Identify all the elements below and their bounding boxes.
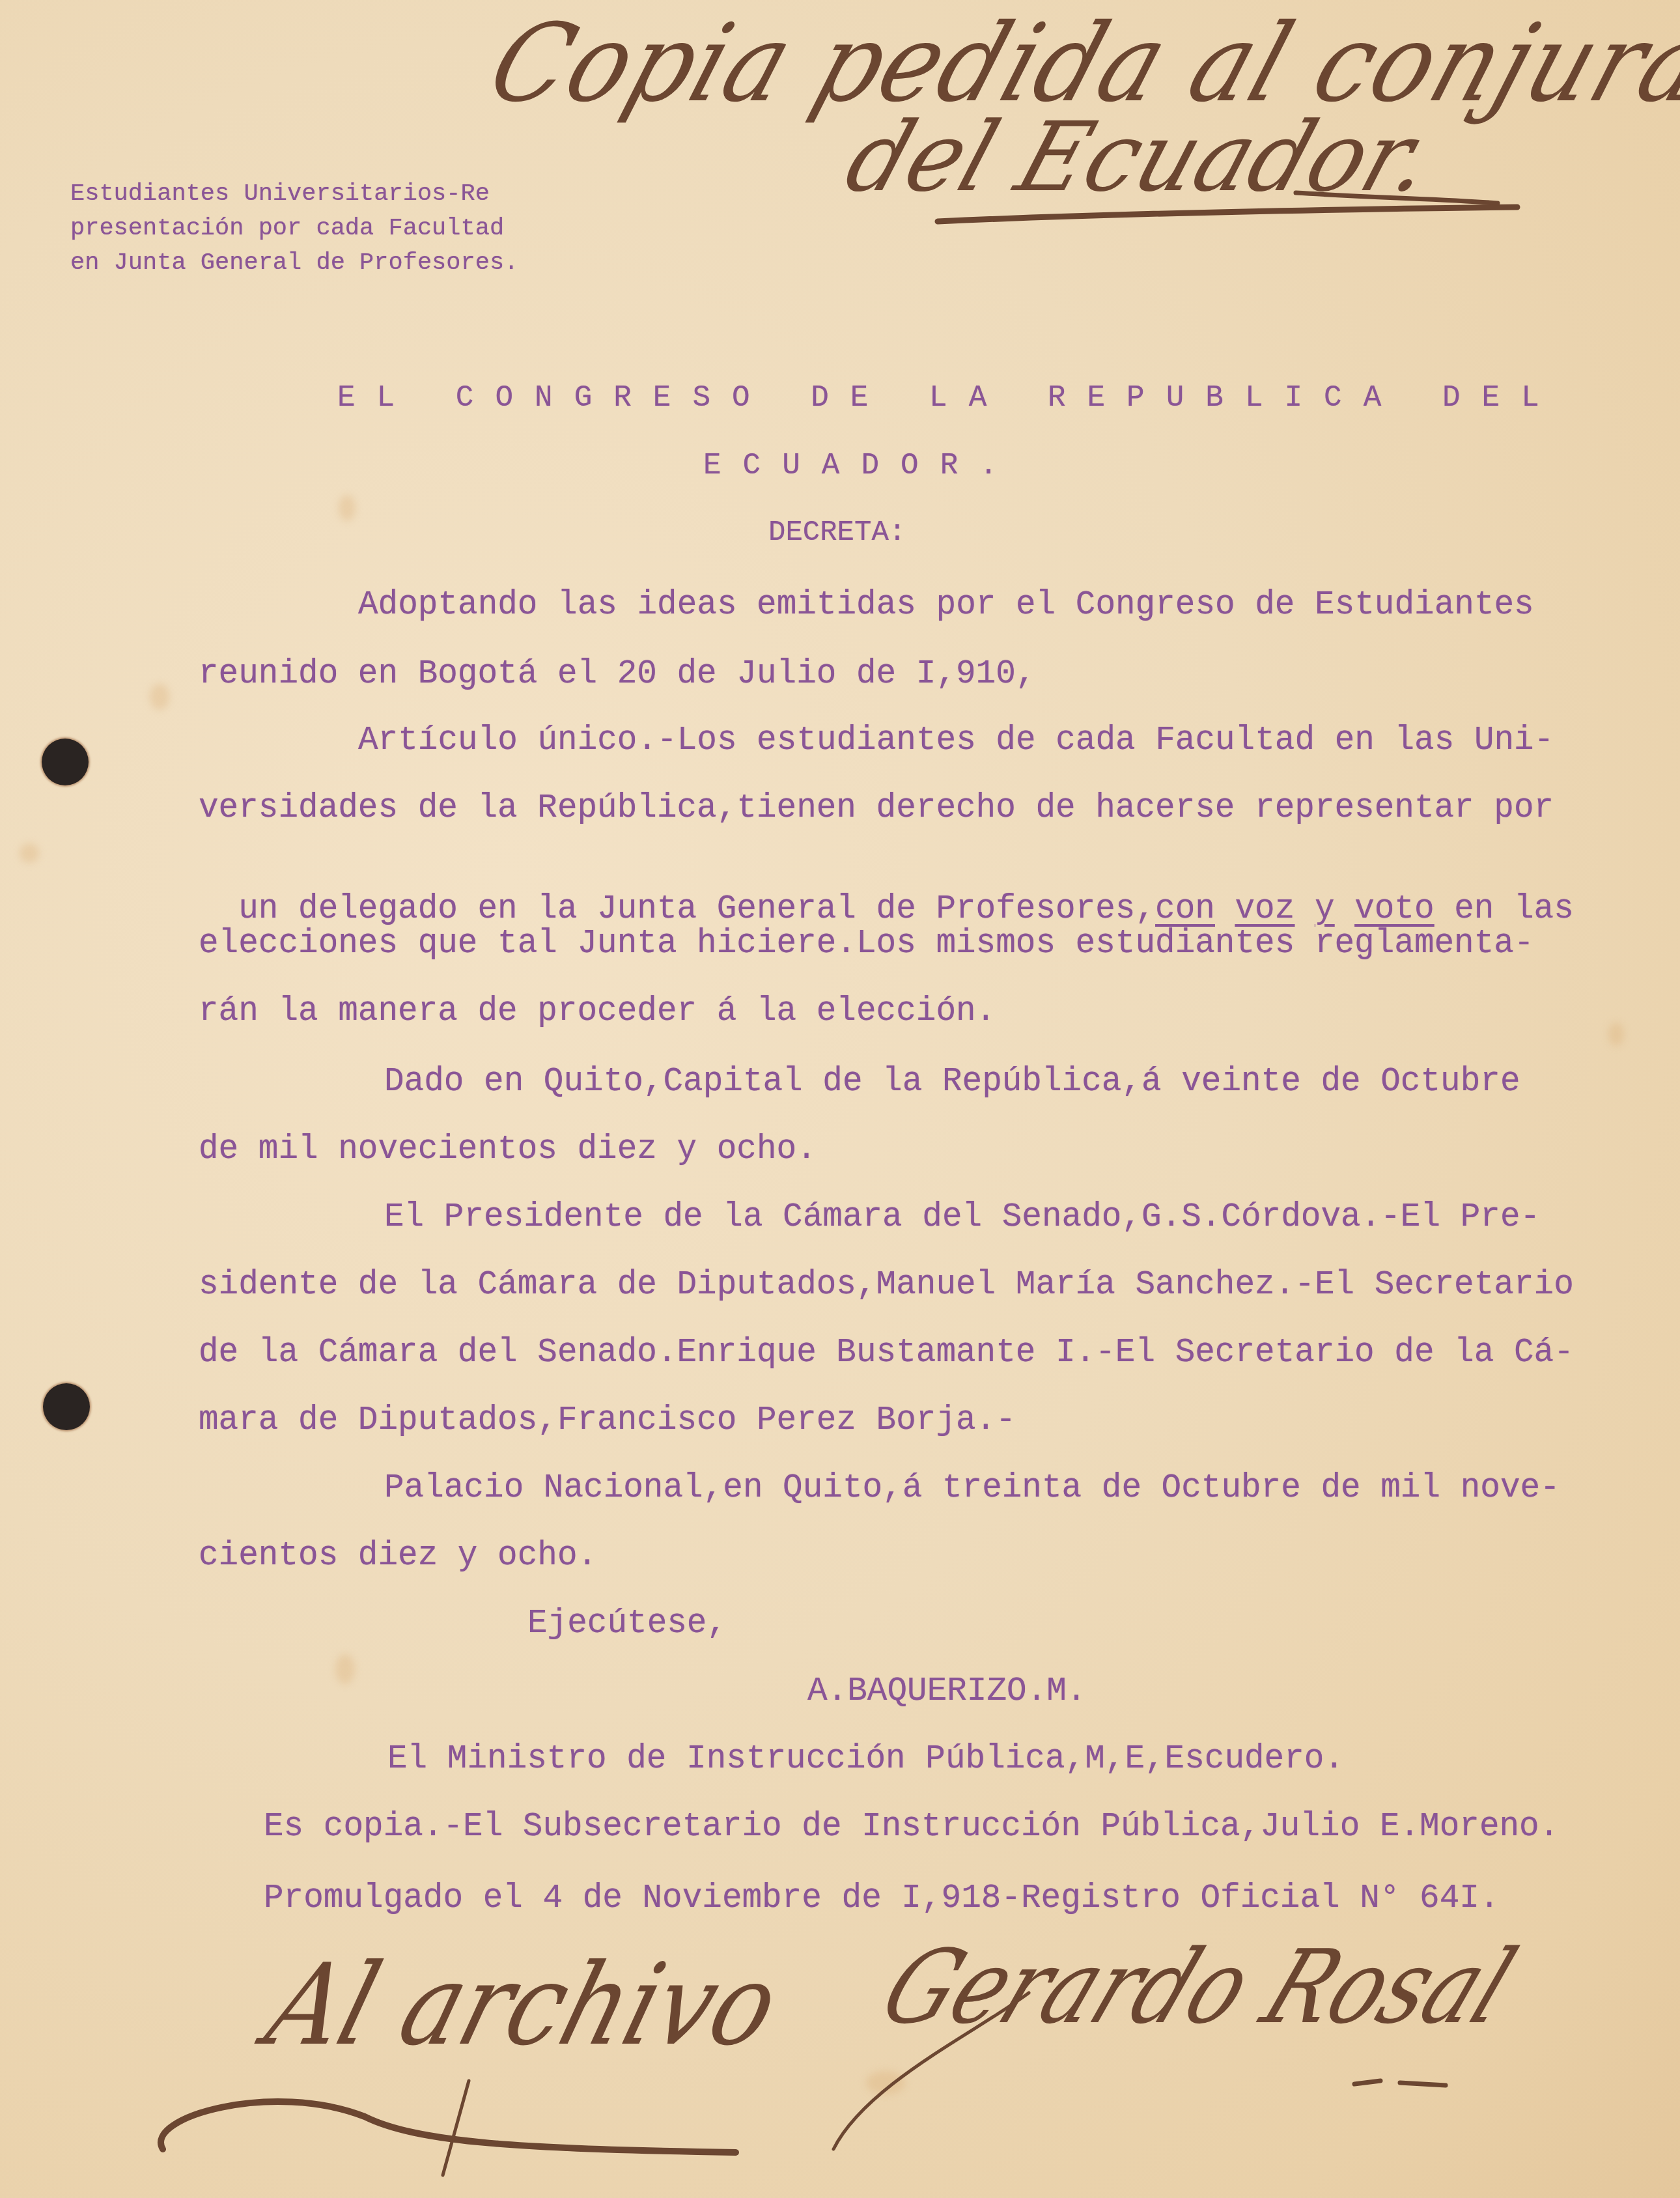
signatories-line3: de la Cámara del Senado.Enrique Bustaman… [199,1336,1574,1370]
preamble-line2: reunido en Bogotá el 20 de Julio de I,91… [199,658,1035,691]
signatories-line4: mara de Diputados,Francisco Perez Borja.… [199,1404,1016,1437]
article-line3: un delegado en la Junta General de Profe… [199,860,1574,926]
article-line1: Artículo único.-Los estudiantes de cada … [358,724,1554,757]
decree-heading: DECRETA: [768,518,906,547]
article-line3-after: en las [1454,891,1574,928]
handwritten-archive-note: Al archivo [254,1940,792,2070]
signatories-line2: sidente de la Cámara de Diputados,Manuel… [199,1269,1574,1302]
copy-note: Es copia.-El Subsecretario de Instrucció… [264,1811,1559,1844]
article-line2: versidades de la República,tienen derech… [199,792,1554,825]
signatories-line1: El Presidente de la Cámara del Senado,G.… [384,1201,1540,1234]
document-title-country: ECUADOR. [703,451,1019,481]
palace-line2: cientos diez y ocho. [199,1540,597,1573]
underlined-word-voz: voz [1235,891,1295,928]
article-line4: elecciones que tal Junta hiciere.Los mis… [199,927,1534,961]
palace-line1: Palacio Nacional,en Quito,á treinta de O… [384,1472,1560,1505]
given-line1: Dado en Quito,Capital de la República,á … [384,1065,1520,1099]
underlined-word-y: y [1315,891,1335,928]
president-signature: A.BAQUERIZO.M. [807,1675,1086,1708]
handwritten-signature: Gerardo Rosal [866,1928,1531,2046]
document-title: EL CONGRESO DE LA REPUBLICA DEL [337,383,1561,413]
preamble-line1: Adoptando las ideas emitidas por el Cong… [358,589,1534,622]
given-line2: de mil novecientos diez y ocho. [199,1133,817,1166]
article-line5: rán la manera de proceder á la elección. [199,995,996,1028]
promulgation-line: Promulgado el 4 de Noviembre de I,918-Re… [264,1882,1500,1915]
header-note-line2: presentación por cada Facultad [70,217,504,241]
underlined-word-voto: voto [1354,891,1434,928]
article-line3-before: un delegado en la Junta General de Profe… [238,891,1155,928]
header-note-line1: Estudiantes Universitarios-Re [70,182,490,206]
header-note-line3: en Junta General de Profesores. [70,251,518,275]
minister-line: El Ministro de Instrucción Pública,M,E,E… [387,1743,1344,1776]
underlined-word-con: con [1155,891,1215,928]
execute-line: Ejecútese, [527,1607,727,1641]
